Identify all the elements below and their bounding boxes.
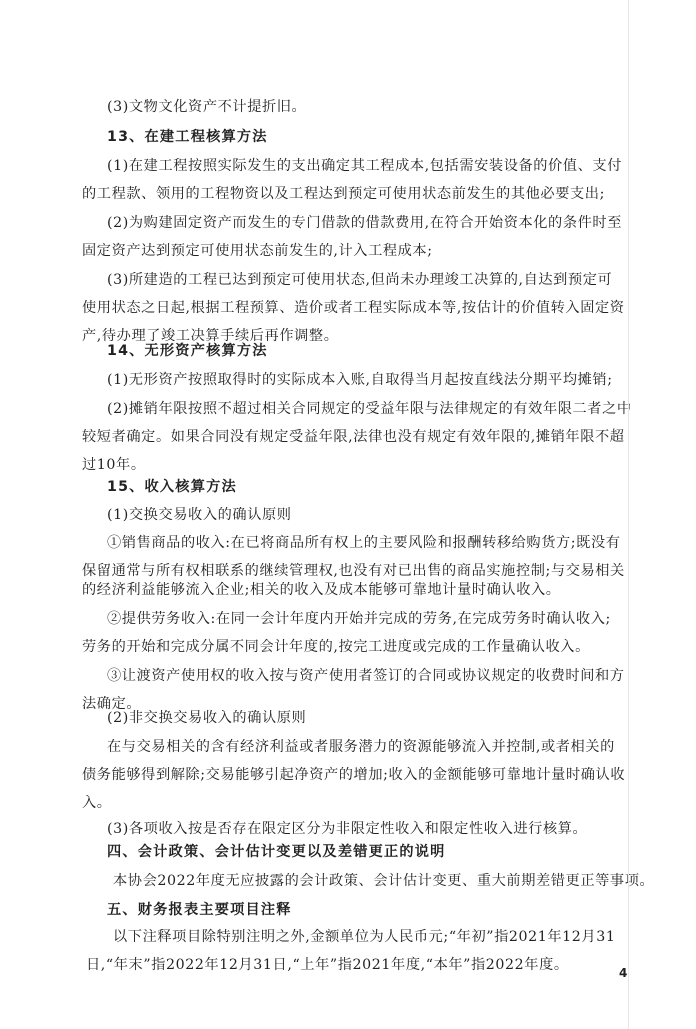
paragraph-line: 劳务的开始和完成分属不同会计年度的,按完工进度或完成的工作量确认收入。 (82, 637, 590, 657)
paragraph-line: 过10年。 (82, 455, 146, 475)
paragraph-line: (3)所建造的工程已达到预定可使用状态,但尚未办理竣工决算的,自达到预定可 (107, 270, 612, 290)
paragraph-line: (2)非交换交易收入的确认原则 (107, 708, 306, 728)
section-heading: 14、无形资产核算方法 (107, 341, 268, 361)
paragraph-line: 保留通常与所有权相联系的继续管理权,也没有对已出售的商品实施控制;与交易相关 (82, 561, 625, 581)
scan-edge-divider (628, 0, 629, 1029)
paragraph-line: 债务能够得到解除;交易能够引起净资产的增加;收入的金额能够可靠地计量时确认收 (82, 765, 625, 785)
paragraph-line: 的工程款、领用的工程物资以及工程达到预定可使用状态前发生的其他必要支出; (82, 184, 605, 204)
paragraph-line: 在与交易相关的含有经济利益或者服务潜力的资源能够流入并控制,或者相关的 (107, 737, 615, 757)
paragraph-line: 以下注释项目除特别注明之外,金额单位为人民币元;“年初”指2021年12月31 (113, 927, 615, 947)
paragraph-line: ③让渡资产使用权的收入按与资产使用者签订的合同或协议规定的收费时间和方 (107, 666, 625, 686)
paragraph-line: 的经济利益能够流入企业;相关的收入及成本能够可靠地计量时确认收入。 (82, 580, 561, 600)
section-heading: 13、在建工程核算方法 (107, 127, 268, 147)
paragraph-line: ②提供劳务收入:在同一会计年度内开始并完成的劳务,在完成劳务时确认收入; (107, 609, 611, 629)
paragraph-line: 本协会2022年度无应披露的会计政策、会计估计变更、重大前期差错更正等事项。 (113, 871, 654, 891)
paragraph-line: (1)在建工程按照实际发生的支出确定其工程成本,包括需安装设备的价值、支付 (107, 156, 622, 176)
paragraph-line: 日,“年末”指2022年12月31日,“上年”指2021年度,“本年”指2022… (86, 955, 569, 975)
section-heading: 四、会计政策、会计估计变更以及差错更正的说明 (107, 842, 446, 862)
paragraph-line: (2)摊销年限按照不超过相关合同规定的受益年限与法律规定的有效年限二者之中 (107, 399, 632, 419)
paragraph-line: (3)文物文化资产不计提折旧。 (107, 97, 306, 117)
document-page: (3)文物文化资产不计提折旧。13、在建工程核算方法(1)在建工程按照实际发生的… (0, 0, 696, 1029)
paragraph-line: ①销售商品的收入:在已将商品所有权上的主要风险和报酬转移给购货方;既没有 (107, 533, 621, 553)
paragraph-line: (3)各项收入按是否存在限定区分为非限定性收入和限定性收入进行核算。 (107, 819, 587, 839)
paragraph-line: 较短者确定。如果合同没有规定受益年限,法律也没有规定有效年限的,摊销年限不超 (82, 427, 625, 447)
paragraph-line: 入。 (82, 793, 112, 813)
paragraph-line: (1)交换交易收入的确认原则 (107, 505, 292, 525)
page-number: 4 (619, 966, 627, 980)
paragraph-line: (2)为购建固定资产而发生的专门借款的借款费用,在符合开始资本化的条件时至 (107, 213, 622, 233)
paragraph-line: (1)无形资产按照取得时的实际成本入账,自取得当月起按直线法分期平均摊销; (107, 370, 613, 390)
paragraph-line: 使用状态之日起,根据工程预算、造价或者工程实际成本等,按估计的价值转入固定资 (82, 298, 625, 318)
section-heading: 15、收入核算方法 (107, 477, 237, 497)
paragraph-line: 固定资产达到预定可使用状态前发生的,计入工程成本; (82, 241, 433, 261)
section-heading: 五、财务报表主要项目注释 (107, 900, 292, 920)
